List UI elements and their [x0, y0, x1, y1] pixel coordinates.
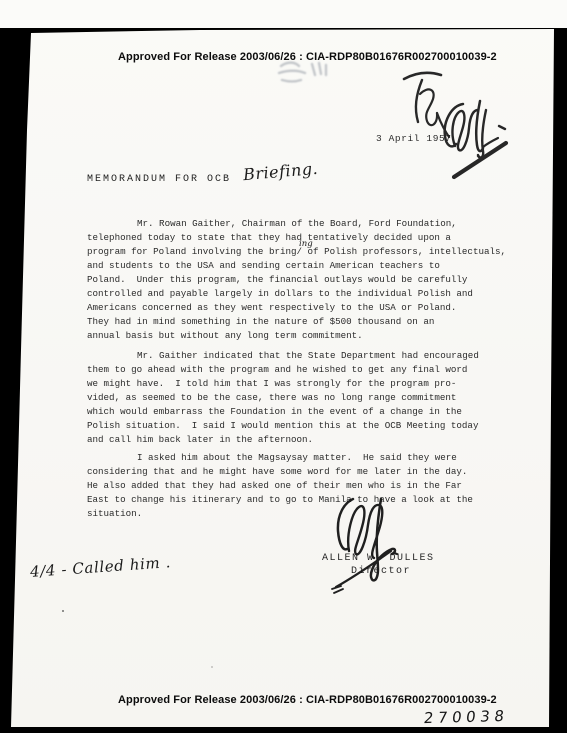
scan-speck: [211, 666, 213, 668]
typed-line: we might have. I told him that I was str…: [87, 377, 527, 391]
typed-line: Polish situation. I said I would mention…: [87, 419, 527, 433]
typed-line: controlled and payable largely in dollar…: [87, 287, 527, 301]
typed-line: Mr. Rowan Gaither, Chairman of the Board…: [87, 217, 527, 231]
typed-line: Mr. Gaither indicated that the State Dep…: [87, 349, 527, 363]
typed-line: Poland. Under this program, the financia…: [87, 273, 527, 287]
handwritten-initials-scrawl: [404, 73, 506, 177]
typed-line: situation.: [87, 507, 527, 521]
handwritten-margin-note: 4/4 - Called him .: [30, 553, 172, 581]
classification-header: Approved For Release 2003/06/26 : CIA-RD…: [118, 51, 497, 63]
faint-stamp-mark: [279, 63, 326, 82]
signature-title: Director: [351, 566, 411, 577]
typed-line-segment: of Polish professors, intellectuals,: [302, 246, 506, 257]
typed-line: I asked him about the Magsaysay matter. …: [87, 451, 527, 465]
handwritten-briefing-note: Briefing.: [242, 159, 319, 184]
typed-line: which would embarrass the Foundation in …: [87, 405, 527, 419]
typed-line: Americans concerned as they went respect…: [87, 301, 527, 315]
date-line: 3 April 1957: [376, 133, 452, 144]
typed-line: East to change his itinerary and to go t…: [87, 493, 527, 507]
typed-line-segment: program for Poland involving the bring/: [87, 246, 302, 257]
typed-line: vided, as seemed to be the case, there w…: [87, 391, 527, 405]
typed-line: considering that and he might have some …: [87, 465, 527, 479]
memo-page: Approved For Release 2003/06/26 : CIA-RD…: [0, 0, 567, 733]
scanner-edge-strip: [0, 0, 567, 28]
classification-footer: Approved For Release 2003/06/26 : CIA-RD…: [118, 694, 497, 706]
typed-line: and call him back later in the afternoon…: [87, 433, 527, 447]
typed-line: and students to the USA and sending cert…: [87, 259, 527, 273]
typed-line: They had in mind something in the nature…: [87, 315, 527, 329]
paragraph-3: I asked him about the Magsaysay matter. …: [87, 451, 527, 521]
scan-speck: [62, 610, 64, 612]
scanned-memo-screenshot: { "doc": { "classification_header": "App…: [0, 0, 567, 733]
handwritten-document-number: 270038: [423, 707, 510, 727]
signature-name: ALLEN W. DULLES: [322, 553, 435, 564]
typed-line: He also added that they had asked one of…: [87, 479, 527, 493]
memo-heading: MEMORANDUM FOR OCB: [87, 174, 231, 185]
typed-line: annual basis but without any long term c…: [87, 329, 527, 343]
typed-line: them to go ahead with the program and he…: [87, 363, 527, 377]
typed-line-with-insertion: program for Poland involving the bring/i…: [87, 245, 527, 259]
paragraph-2: Mr. Gaither indicated that the State Dep…: [87, 349, 527, 447]
paragraph-1: Mr. Rowan Gaither, Chairman of the Board…: [87, 217, 527, 343]
